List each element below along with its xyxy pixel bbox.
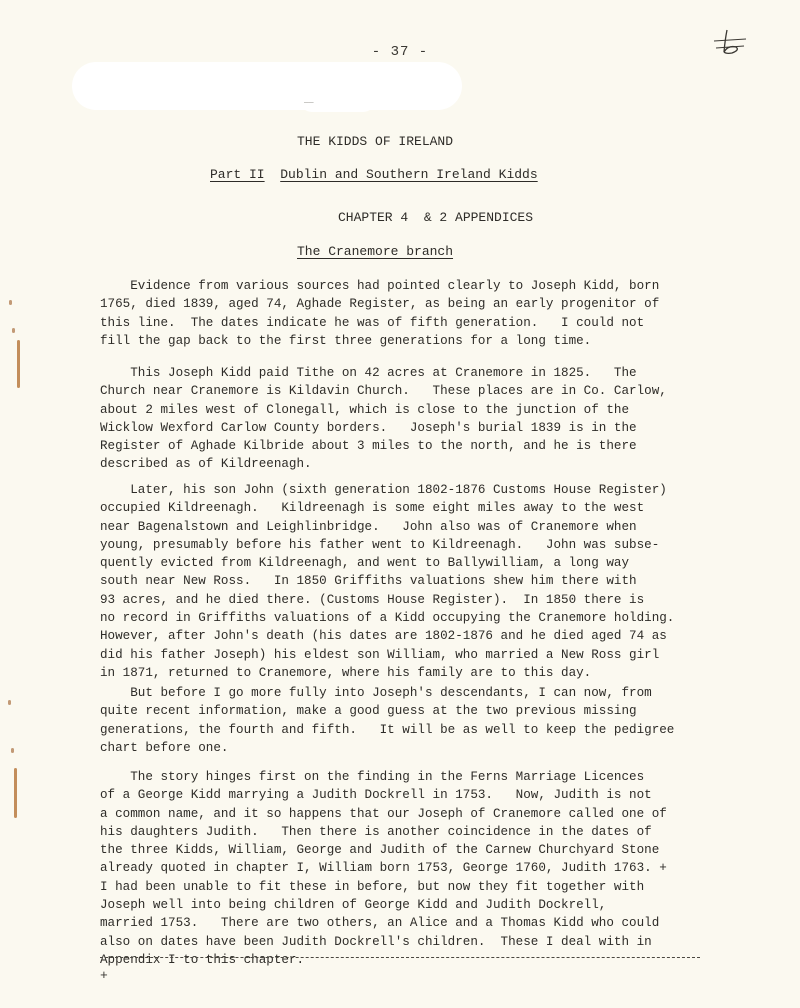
text-line: about 2 miles west of Clonegall, which i… [100, 401, 740, 419]
paragraph-3: Later, his son John (sixth generation 18… [100, 481, 740, 682]
chapter-heading: CHAPTER 4 & 2 APPENDICES [0, 210, 533, 225]
margin-stain [14, 768, 17, 818]
text-line: Appendix I to this chapter. [100, 951, 740, 969]
margin-stain [9, 300, 12, 305]
text-line: The story hinges first on the finding in… [100, 768, 740, 786]
margin-stain [11, 748, 14, 753]
section-heading: The Cranemore branch [0, 244, 453, 259]
paragraph-2: This Joseph Kidd paid Tithe on 42 acres … [100, 364, 740, 474]
text-line: a common name, and it so happens that ou… [100, 805, 740, 823]
text-line: this line. The dates indicate he was of … [100, 314, 740, 332]
text-line: fill the gap back to the first three gen… [100, 332, 740, 350]
part-label: Part II [210, 167, 265, 182]
text-line: in 1871, returned to Cranemore, where hi… [100, 664, 740, 682]
part-heading: Part II Dublin and Southern Ireland Kidd… [0, 167, 538, 182]
text-line: Later, his son John (sixth generation 18… [100, 481, 740, 499]
text-line: near Bagenalstown and Leighlinbridge. Jo… [100, 518, 740, 536]
paragraph-5: The story hinges first on the finding in… [100, 768, 740, 969]
text-line: quite recent information, make a good gu… [100, 702, 740, 720]
document-page: - 37 - __ THE KIDDS OF IRELAND Part II D… [0, 0, 800, 1008]
text-line: Wicklow Wexford Carlow County borders. J… [100, 419, 740, 437]
text-line: young, presumably before his father went… [100, 536, 740, 554]
text-line: also on dates have been Judith Dockrell'… [100, 933, 740, 951]
paragraph-4: But before I go more fully into Joseph's… [100, 684, 740, 757]
text-line: 1765, died 1839, aged 74, Aghade Registe… [100, 295, 740, 313]
text-line: the three Kidds, William, George and Jud… [100, 841, 740, 859]
footnote-divider [100, 957, 700, 958]
text-line: generations, the fourth and fifth. It wi… [100, 721, 740, 739]
text-line: described as of Kildreenagh. [100, 455, 740, 473]
text-line: I had been unable to fit these in before… [100, 878, 740, 896]
margin-stain [17, 340, 20, 388]
margin-stain [8, 700, 11, 705]
margin-stain [12, 328, 15, 333]
text-line: Joseph well into being children of Georg… [100, 896, 740, 914]
page-number: - 37 - [0, 44, 800, 60]
handwritten-mark-icon [710, 28, 750, 58]
text-line: quently evicted from Kildreenagh, and we… [100, 554, 740, 572]
text-line: his daughters Judith. Then there is anot… [100, 823, 740, 841]
part-title: Dublin and Southern Ireland Kidds [280, 167, 537, 182]
redaction-blot [72, 62, 462, 110]
text-line: occupied Kildreenagh. Kildreenagh is som… [100, 499, 740, 517]
redaction-residue: __ [304, 96, 314, 105]
text-line: However, after John's death (his dates a… [100, 627, 740, 645]
text-line: But before I go more fully into Joseph's… [100, 684, 740, 702]
text-line: chart before one. [100, 739, 740, 757]
text-line: married 1753. There are two others, an A… [100, 914, 740, 932]
text-line: no record in Griffiths valuations of a K… [100, 609, 740, 627]
section-title: The Cranemore branch [297, 244, 453, 259]
text-line: of a George Kidd marrying a Judith Dockr… [100, 786, 740, 804]
document-title: THE KIDDS OF IRELAND [0, 134, 453, 149]
text-line: This Joseph Kidd paid Tithe on 42 acres … [100, 364, 740, 382]
text-line: Register of Aghade Kilbride about 3 mile… [100, 437, 740, 455]
text-line: did his father Joseph) his eldest son Wi… [100, 646, 740, 664]
text-line: Church near Cranemore is Kildavin Church… [100, 382, 740, 400]
paragraph-1: Evidence from various sources had pointe… [100, 277, 740, 350]
footnote-marker: + [100, 968, 108, 983]
text-line: already quoted in chapter I, William bor… [100, 859, 740, 877]
text-line: south near New Ross. In 1850 Griffiths v… [100, 572, 740, 590]
text-line: 93 acres, and he died there. (Customs Ho… [100, 591, 740, 609]
text-line: Evidence from various sources had pointe… [100, 277, 740, 295]
